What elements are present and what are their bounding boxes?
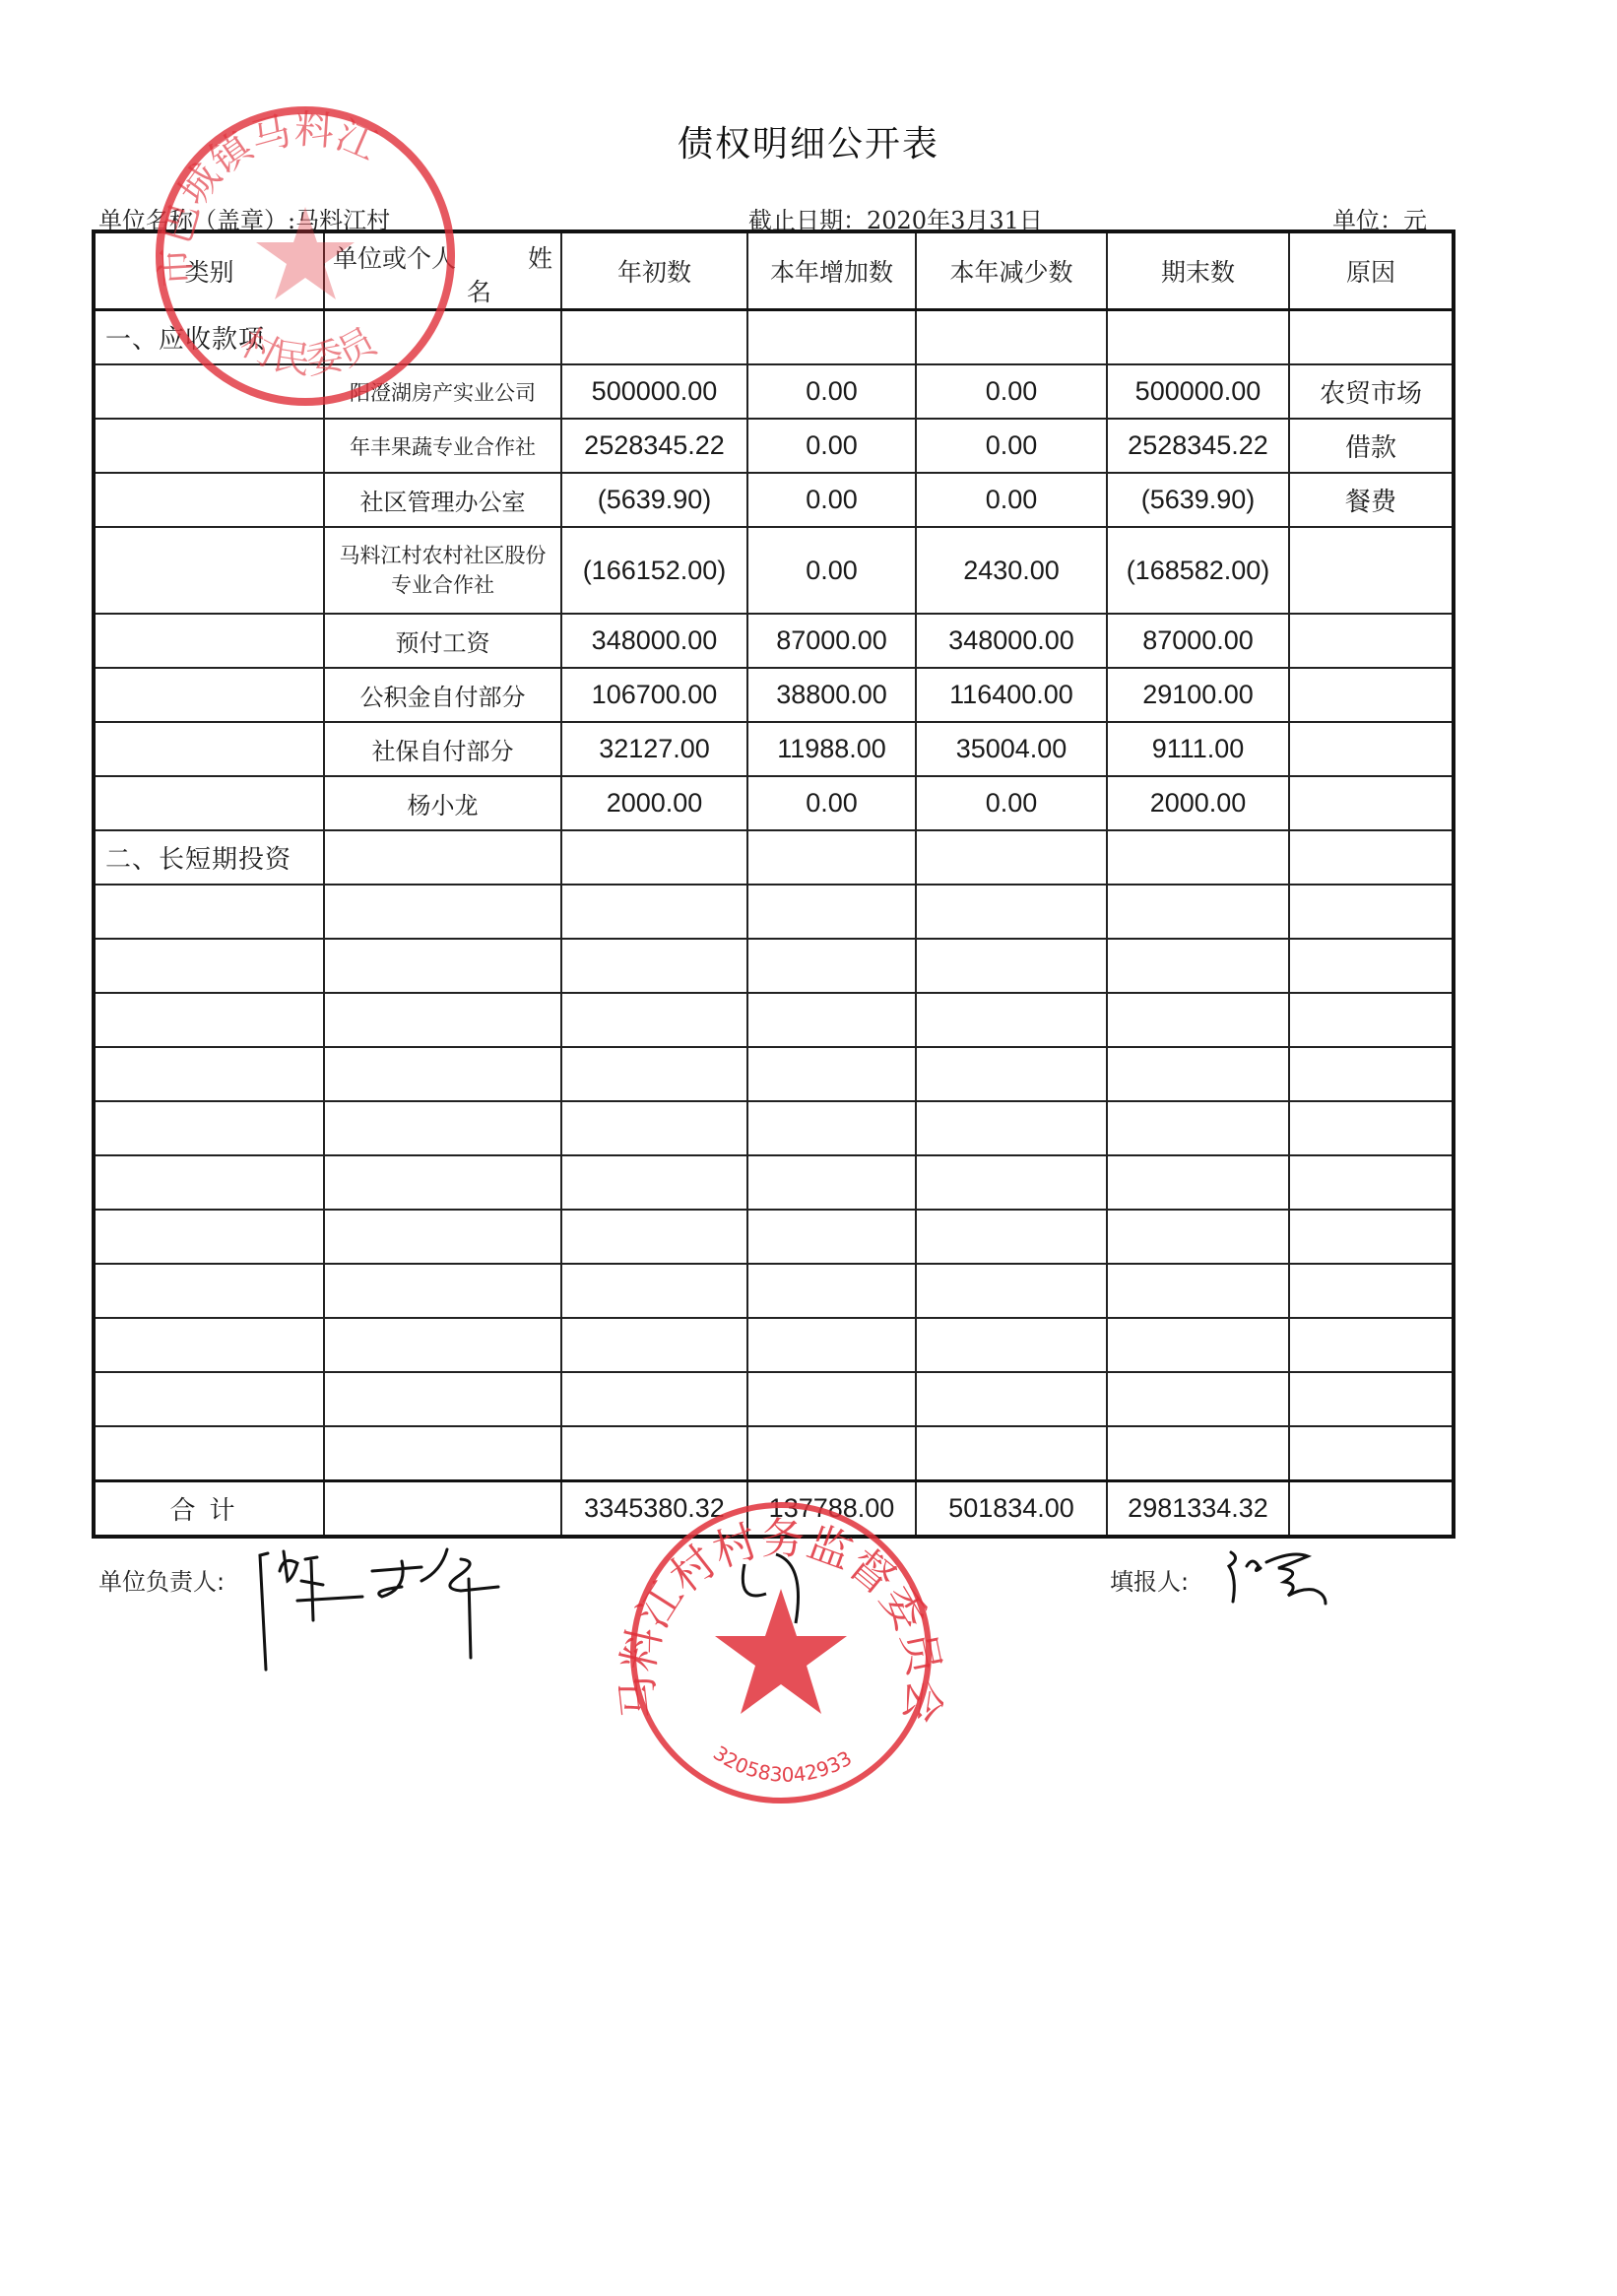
decrease-amount: 348000.00 bbox=[916, 614, 1107, 668]
section-row: 二、长短期投资 bbox=[94, 830, 1454, 885]
empty-cell bbox=[324, 1372, 561, 1426]
header-decrease: 本年减少数 bbox=[916, 231, 1107, 310]
category-cell bbox=[94, 722, 324, 776]
empty-cell bbox=[747, 1047, 916, 1101]
decrease-amount: 0.00 bbox=[916, 473, 1107, 527]
empty-cell bbox=[1107, 830, 1289, 885]
empty-cell bbox=[916, 310, 1107, 365]
section-label: 二、长短期投资 bbox=[94, 830, 324, 885]
empty-cell bbox=[747, 1264, 916, 1318]
opening-amount: 500000.00 bbox=[561, 364, 747, 419]
category-cell bbox=[94, 419, 324, 473]
supervision-committee-stamp: 马料江村村务监督委员会 3205830429337 bbox=[618, 1495, 943, 1810]
empty-cell bbox=[94, 1318, 324, 1372]
empty-cell bbox=[1289, 1481, 1454, 1538]
empty-row bbox=[94, 1372, 1454, 1426]
empty-cell bbox=[916, 1264, 1107, 1318]
empty-cell bbox=[324, 939, 561, 993]
empty-cell bbox=[561, 1210, 747, 1264]
empty-row bbox=[94, 1155, 1454, 1210]
category-cell bbox=[94, 364, 324, 419]
total-increase: 137788.00 bbox=[747, 1481, 916, 1538]
header-increase: 本年增加数 bbox=[747, 231, 916, 310]
closing-amount: 29100.00 bbox=[1107, 668, 1289, 722]
category-cell bbox=[94, 668, 324, 722]
empty-cell bbox=[916, 1426, 1107, 1481]
claims-detail-table: 类别 单位或个人 姓 名 年初数 本年增加数 本年减少数 期末数 原因 一、应收… bbox=[92, 230, 1455, 1539]
empty-cell bbox=[916, 1101, 1107, 1155]
reason-cell: 借款 bbox=[1289, 419, 1454, 473]
header-category: 类别 bbox=[94, 231, 324, 310]
closing-amount: (168582.00) bbox=[1107, 527, 1289, 614]
decrease-amount: 0.00 bbox=[916, 364, 1107, 419]
closing-amount: (5639.90) bbox=[1107, 473, 1289, 527]
section-row: 一、应收款项 bbox=[94, 310, 1454, 365]
decrease-amount: 116400.00 bbox=[916, 668, 1107, 722]
opening-amount: (5639.90) bbox=[561, 473, 747, 527]
empty-row bbox=[94, 885, 1454, 939]
empty-cell bbox=[561, 993, 747, 1047]
total-opening: 3345380.32 bbox=[561, 1481, 747, 1538]
empty-cell bbox=[1107, 1047, 1289, 1101]
empty-cell bbox=[1289, 1047, 1454, 1101]
total-row: 合计3345380.32137788.00501834.002981334.32 bbox=[94, 1481, 1454, 1538]
empty-row bbox=[94, 1318, 1454, 1372]
empty-cell bbox=[747, 1318, 916, 1372]
empty-cell bbox=[916, 1318, 1107, 1372]
decrease-amount: 35004.00 bbox=[916, 722, 1107, 776]
empty-cell bbox=[324, 1155, 561, 1210]
empty-cell bbox=[1289, 1101, 1454, 1155]
empty-cell bbox=[94, 1426, 324, 1481]
empty-cell bbox=[561, 1155, 747, 1210]
empty-cell bbox=[324, 1101, 561, 1155]
empty-cell bbox=[747, 310, 916, 365]
empty-cell bbox=[1289, 1155, 1454, 1210]
empty-cell bbox=[1107, 1101, 1289, 1155]
category-cell bbox=[94, 527, 324, 614]
closing-amount: 2000.00 bbox=[1107, 776, 1289, 830]
empty-cell bbox=[747, 885, 916, 939]
empty-cell bbox=[1107, 1155, 1289, 1210]
section-label: 一、应收款项 bbox=[94, 310, 324, 365]
reason-cell bbox=[1289, 722, 1454, 776]
opening-amount: (166152.00) bbox=[561, 527, 747, 614]
empty-cell bbox=[1107, 1372, 1289, 1426]
empty-cell bbox=[1289, 1372, 1454, 1426]
empty-cell bbox=[1107, 885, 1289, 939]
closing-amount: 9111.00 bbox=[1107, 722, 1289, 776]
increase-amount: 11988.00 bbox=[747, 722, 916, 776]
table-row: 杨小龙2000.000.000.002000.00 bbox=[94, 776, 1454, 830]
empty-cell bbox=[1107, 310, 1289, 365]
table-row: 公积金自付部分106700.0038800.00116400.0029100.0… bbox=[94, 668, 1454, 722]
empty-cell bbox=[916, 1155, 1107, 1210]
table-row: 预付工资348000.0087000.00348000.0087000.00 bbox=[94, 614, 1454, 668]
table-row: 年丰果蔬专业合作社2528345.220.000.002528345.22借款 bbox=[94, 419, 1454, 473]
empty-cell bbox=[1289, 939, 1454, 993]
header-name: 单位或个人 姓 名 bbox=[324, 231, 561, 310]
header-closing: 期末数 bbox=[1107, 231, 1289, 310]
svg-text:3205830429337: 3205830429337 bbox=[618, 1495, 856, 1787]
empty-cell bbox=[747, 939, 916, 993]
decrease-amount: 0.00 bbox=[916, 419, 1107, 473]
table-row: 社区管理办公室(5639.90)0.000.00(5639.90)餐费 bbox=[94, 473, 1454, 527]
empty-cell bbox=[561, 885, 747, 939]
empty-cell bbox=[1107, 1264, 1289, 1318]
reason-cell bbox=[1289, 668, 1454, 722]
empty-cell bbox=[561, 1318, 747, 1372]
empty-cell bbox=[94, 1264, 324, 1318]
empty-cell bbox=[324, 1426, 561, 1481]
empty-cell bbox=[561, 830, 747, 885]
reason-cell: 餐费 bbox=[1289, 473, 1454, 527]
empty-cell bbox=[561, 1101, 747, 1155]
empty-cell bbox=[94, 885, 324, 939]
table-row: 马料江村农村社区股份专业合作社(166152.00)0.002430.00(16… bbox=[94, 527, 1454, 614]
party-name: 马料江村农村社区股份专业合作社 bbox=[324, 527, 561, 614]
empty-cell bbox=[747, 1101, 916, 1155]
empty-cell bbox=[324, 1210, 561, 1264]
party-name: 年丰果蔬专业合作社 bbox=[324, 419, 561, 473]
party-name: 公积金自付部分 bbox=[324, 668, 561, 722]
empty-cell bbox=[916, 1210, 1107, 1264]
document-title: 债权明细公开表 bbox=[0, 116, 1617, 166]
empty-cell bbox=[561, 1426, 747, 1481]
empty-cell bbox=[1289, 885, 1454, 939]
party-name: 社保自付部分 bbox=[324, 722, 561, 776]
responsible-person-label: 单位负责人: bbox=[98, 1562, 225, 1597]
increase-amount: 0.00 bbox=[747, 527, 916, 614]
header-name-part3: 名 bbox=[467, 273, 491, 308]
header-opening: 年初数 bbox=[561, 231, 747, 310]
empty-cell bbox=[94, 1047, 324, 1101]
increase-amount: 87000.00 bbox=[747, 614, 916, 668]
empty-cell bbox=[1289, 1264, 1454, 1318]
empty-cell bbox=[324, 1264, 561, 1318]
empty-cell bbox=[324, 993, 561, 1047]
empty-cell bbox=[916, 993, 1107, 1047]
filler-label: 填报人: bbox=[1110, 1562, 1189, 1597]
empty-cell bbox=[324, 1481, 561, 1538]
empty-cell bbox=[561, 939, 747, 993]
empty-cell bbox=[1289, 830, 1454, 885]
empty-cell bbox=[94, 1155, 324, 1210]
total-label: 合计 bbox=[94, 1481, 324, 1538]
empty-cell bbox=[916, 830, 1107, 885]
header-name-part2: 姓 bbox=[528, 239, 552, 275]
header-name-part1: 单位或个人 bbox=[333, 239, 456, 275]
party-name: 杨小龙 bbox=[324, 776, 561, 830]
reason-cell bbox=[1289, 776, 1454, 830]
empty-cell bbox=[1289, 993, 1454, 1047]
party-name: 阳澄湖房产实业公司 bbox=[324, 364, 561, 419]
empty-cell bbox=[1107, 1318, 1289, 1372]
empty-cell bbox=[1107, 993, 1289, 1047]
empty-cell bbox=[561, 310, 747, 365]
category-cell bbox=[94, 473, 324, 527]
empty-cell bbox=[324, 830, 561, 885]
empty-row bbox=[94, 1210, 1454, 1264]
empty-cell bbox=[1107, 1210, 1289, 1264]
empty-cell bbox=[916, 939, 1107, 993]
empty-cell bbox=[1107, 1426, 1289, 1481]
empty-row bbox=[94, 1426, 1454, 1481]
category-cell bbox=[94, 614, 324, 668]
empty-cell bbox=[1289, 1426, 1454, 1481]
party-name: 社区管理办公室 bbox=[324, 473, 561, 527]
empty-cell bbox=[747, 993, 916, 1047]
opening-amount: 106700.00 bbox=[561, 668, 747, 722]
empty-row bbox=[94, 1264, 1454, 1318]
increase-amount: 0.00 bbox=[747, 473, 916, 527]
opening-amount: 32127.00 bbox=[561, 722, 747, 776]
opening-amount: 2000.00 bbox=[561, 776, 747, 830]
empty-cell bbox=[324, 1047, 561, 1101]
empty-cell bbox=[916, 1047, 1107, 1101]
responsible-signature bbox=[254, 1542, 500, 1679]
opening-amount: 348000.00 bbox=[561, 614, 747, 668]
party-name: 预付工资 bbox=[324, 614, 561, 668]
closing-amount: 500000.00 bbox=[1107, 364, 1289, 419]
table-row: 社保自付部分32127.0011988.0035004.009111.00 bbox=[94, 722, 1454, 776]
empty-cell bbox=[561, 1372, 747, 1426]
empty-cell bbox=[916, 1372, 1107, 1426]
empty-cell bbox=[1289, 310, 1454, 365]
opening-amount: 2528345.22 bbox=[561, 419, 747, 473]
empty-row bbox=[94, 1047, 1454, 1101]
empty-cell bbox=[94, 993, 324, 1047]
table-row: 阳澄湖房产实业公司500000.000.000.00500000.00农贸市场 bbox=[94, 364, 1454, 419]
empty-cell bbox=[94, 1101, 324, 1155]
empty-row bbox=[94, 993, 1454, 1047]
table-header-row: 类别 单位或个人 姓 名 年初数 本年增加数 本年减少数 期末数 原因 bbox=[94, 231, 1454, 310]
decrease-amount: 2430.00 bbox=[916, 527, 1107, 614]
svg-text:马料江村村务监督委员会: 马料江村村务监督委员会 bbox=[618, 1514, 943, 1726]
empty-cell bbox=[747, 1155, 916, 1210]
increase-amount: 0.00 bbox=[747, 419, 916, 473]
empty-cell bbox=[324, 1318, 561, 1372]
closing-amount: 2528345.22 bbox=[1107, 419, 1289, 473]
empty-cell bbox=[324, 885, 561, 939]
closing-amount: 87000.00 bbox=[1107, 614, 1289, 668]
empty-cell bbox=[1289, 1318, 1454, 1372]
empty-cell bbox=[747, 830, 916, 885]
empty-cell bbox=[1107, 939, 1289, 993]
empty-cell bbox=[916, 885, 1107, 939]
empty-cell bbox=[324, 310, 561, 365]
empty-cell bbox=[747, 1372, 916, 1426]
decrease-amount: 0.00 bbox=[916, 776, 1107, 830]
empty-cell bbox=[747, 1426, 916, 1481]
total-decrease: 501834.00 bbox=[916, 1481, 1107, 1538]
empty-row bbox=[94, 1101, 1454, 1155]
reason-cell bbox=[1289, 527, 1454, 614]
category-cell bbox=[94, 776, 324, 830]
increase-amount: 38800.00 bbox=[747, 668, 916, 722]
empty-cell bbox=[94, 1210, 324, 1264]
empty-cell bbox=[94, 939, 324, 993]
empty-cell bbox=[561, 1047, 747, 1101]
empty-cell bbox=[747, 1210, 916, 1264]
increase-amount: 0.00 bbox=[747, 364, 916, 419]
reason-cell: 农贸市场 bbox=[1289, 364, 1454, 419]
header-reason: 原因 bbox=[1289, 231, 1454, 310]
total-closing: 2981334.32 bbox=[1107, 1481, 1289, 1538]
reason-cell bbox=[1289, 614, 1454, 668]
increase-amount: 0.00 bbox=[747, 776, 916, 830]
empty-row bbox=[94, 939, 1454, 993]
empty-cell bbox=[1289, 1210, 1454, 1264]
empty-cell bbox=[561, 1264, 747, 1318]
filler-signature bbox=[1223, 1548, 1351, 1607]
empty-cell bbox=[94, 1372, 324, 1426]
